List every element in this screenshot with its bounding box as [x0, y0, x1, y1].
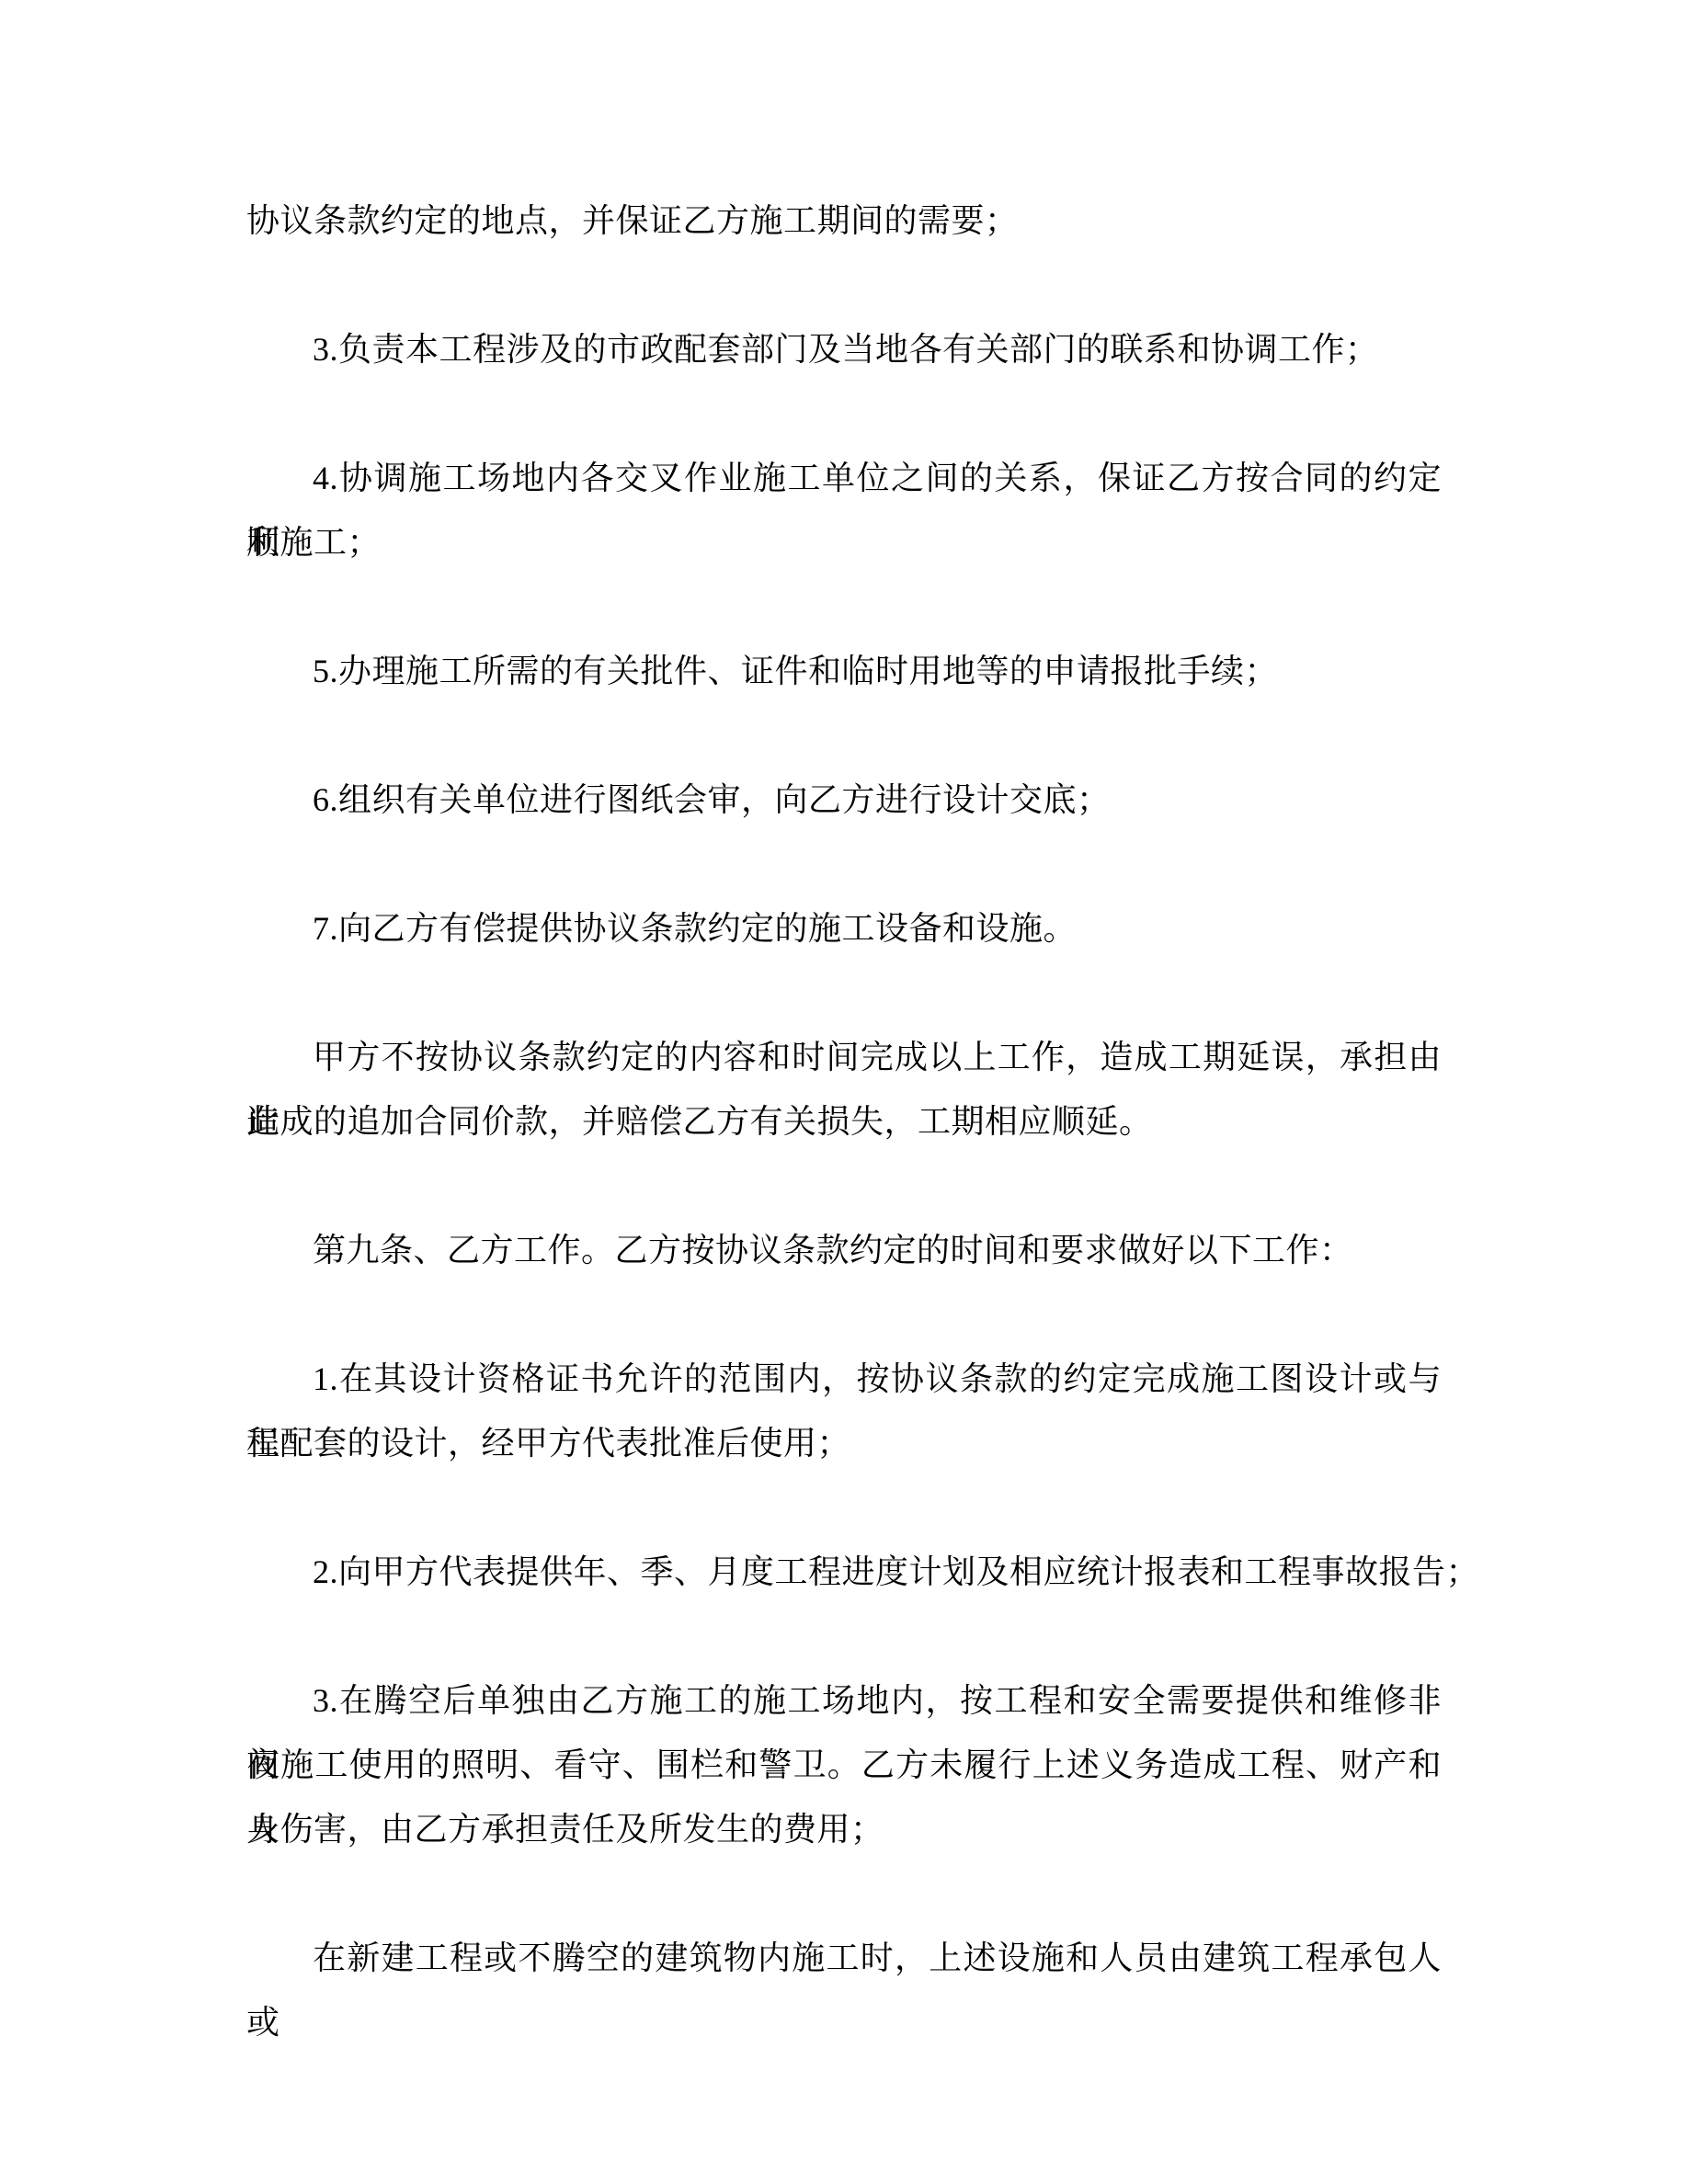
paragraph: 2.向甲方代表提供年、季、月度工程进度计划及相应统计报表和工程事故报告； [246, 1540, 1442, 1604]
paragraph: 1.在其设计资格证书允许的范围内，按协议条款的约定完成施工图设计或与工 程配套的… [246, 1347, 1442, 1475]
text-line: 6.组织有关单位进行图纸会审，向乙方进行设计交底； [246, 768, 1442, 832]
text-line: 造成的追加合同价款，并赔偿乙方有关损失，工期相应顺延。 [246, 1089, 1442, 1154]
paragraph: 3.在腾空后单独由乙方施工的施工场地内，按工程和安全需要提供和维修非夜 间施工使… [246, 1668, 1442, 1861]
paragraph: 7.向乙方有偿提供协议条款约定的施工设备和设施。 [246, 896, 1442, 961]
text-line: 2.向甲方代表提供年、季、月度工程进度计划及相应统计报表和工程事故报告； [246, 1540, 1442, 1604]
text-line: 1.在其设计资格证书允许的范围内，按协议条款的约定完成施工图设计或与工 [246, 1347, 1442, 1411]
paragraph: 4.协调施工场地内各交叉作业施工单位之间的关系，保证乙方按合同的约定顺 利施工； [246, 446, 1442, 574]
text-line: 4.协调施工场地内各交叉作业施工单位之间的关系，保证乙方按合同的约定顺 [246, 446, 1442, 510]
document-page: 协议条款约定的地点，并保证乙方施工期间的需要； 3.负责本工程涉及的市政配套部门… [0, 0, 1688, 2184]
text-line: 协议条款约定的地点，并保证乙方施工期间的需要； [246, 188, 1442, 253]
text-line: 甲方不按协议条款约定的内容和时间完成以上工作，造成工期延误，承担由此 [246, 1025, 1442, 1089]
text-line: 利施工； [246, 510, 1442, 574]
text-line: 程配套的设计，经甲方代表批准后使用； [246, 1411, 1442, 1475]
paragraph: 3.负责本工程涉及的市政配套部门及当地各有关部门的联系和协调工作； [246, 317, 1442, 381]
paragraph: 甲方不按协议条款约定的内容和时间完成以上工作，造成工期延误，承担由此 造成的追加… [246, 1025, 1442, 1154]
text-line: 3.负责本工程涉及的市政配套部门及当地各有关部门的联系和协调工作； [246, 317, 1442, 381]
text-line: 在新建工程或不腾空的建筑物内施工时，上述设施和人员由建筑工程承包人或 [246, 1926, 1442, 1990]
paragraph: 6.组织有关单位进行图纸会审，向乙方进行设计交底； [246, 768, 1442, 832]
text-line: 身伤害，由乙方承担责任及所发生的费用； [246, 1797, 1442, 1861]
text-line: 第九条、乙方工作。乙方按协议条款约定的时间和要求做好以下工作： [246, 1218, 1442, 1282]
text-line: 5.办理施工所需的有关批件、证件和临时用地等的申请报批手续； [246, 639, 1442, 703]
paragraph: 5.办理施工所需的有关批件、证件和临时用地等的申请报批手续； [246, 639, 1442, 703]
text-line: 间施工使用的照明、看守、围栏和警卫。乙方未履行上述义务造成工程、财产和人 [246, 1733, 1442, 1797]
paragraph: 协议条款约定的地点，并保证乙方施工期间的需要； [246, 188, 1442, 253]
paragraph: 第九条、乙方工作。乙方按协议条款约定的时间和要求做好以下工作： [246, 1218, 1442, 1282]
paragraph: 在新建工程或不腾空的建筑物内施工时，上述设施和人员由建筑工程承包人或 [246, 1926, 1442, 1990]
text-line: 7.向乙方有偿提供协议条款约定的施工设备和设施。 [246, 896, 1442, 961]
text-line: 3.在腾空后单独由乙方施工的施工场地内，按工程和安全需要提供和维修非夜 [246, 1668, 1442, 1733]
